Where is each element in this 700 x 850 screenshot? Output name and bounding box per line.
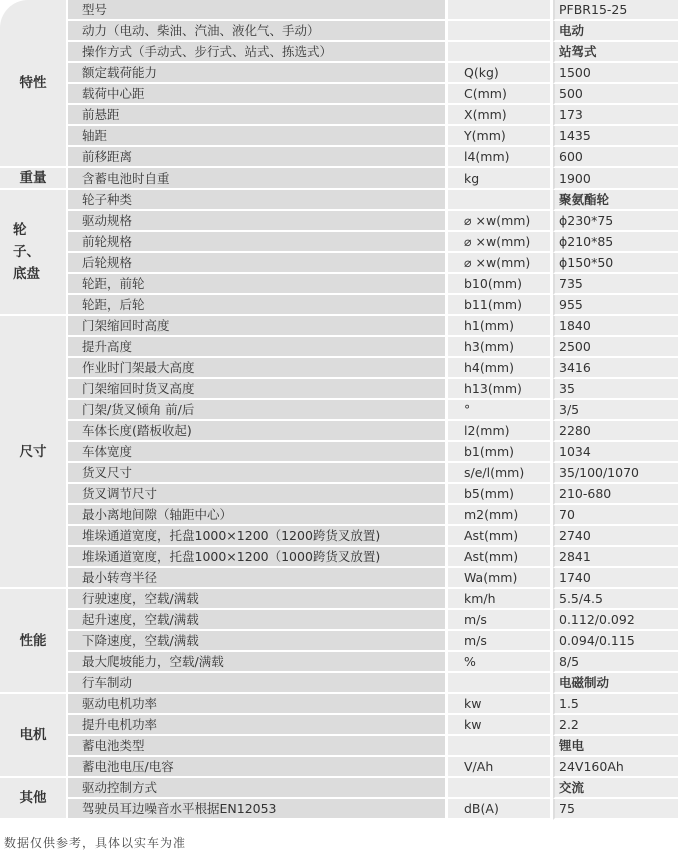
spec-value: 70	[553, 505, 678, 526]
spec-unit: Wa(mm)	[448, 568, 553, 589]
group-label-text: 重量	[20, 170, 47, 186]
spec-value: 1900	[553, 168, 678, 190]
spec-unit: kg	[448, 168, 553, 190]
spec-unit: Y(mm)	[448, 126, 553, 147]
group-label: 特性	[0, 0, 68, 168]
table-row: 轮距，前轮b10(mm)735	[0, 274, 678, 295]
spec-table-body: 特性型号PFBR15-25动力（电动、柴油、汽油、液化气、手动）电动操作方式（手…	[0, 0, 678, 820]
spec-unit: s/e/l(mm)	[448, 463, 553, 484]
spec-unit: kw	[448, 694, 553, 715]
spec-value: 2.2	[553, 715, 678, 736]
spec-value: 锂电	[553, 736, 678, 757]
spec-unit: m2(mm)	[448, 505, 553, 526]
spec-item: 轮距，前轮	[68, 274, 448, 295]
spec-item: 蓄电池电压/电容	[68, 757, 448, 778]
spec-item: 起升速度，空载/满载	[68, 610, 448, 631]
table-row: 电机驱动电机功率kw1.5	[0, 694, 678, 715]
spec-unit: m/s	[448, 610, 553, 631]
spec-unit: h3(mm)	[448, 337, 553, 358]
spec-value: 3416	[553, 358, 678, 379]
table-row: 提升高度h3(mm)2500	[0, 337, 678, 358]
group-label-text: 特性	[20, 75, 47, 91]
spec-item: 驾驶员耳边噪音水平根据EN12053	[68, 799, 448, 820]
table-row: 额定载荷能力Q(kg)1500	[0, 63, 678, 84]
spec-item: 门架缩回时货叉高度	[68, 379, 448, 400]
spec-value: 1.5	[553, 694, 678, 715]
spec-item: 最小离地间隙（轴距中心）	[68, 505, 448, 526]
spec-value: 2500	[553, 337, 678, 358]
table-row: 堆垛通道宽度，托盘1000×1200（1000跨货叉放置)Ast(mm)2841	[0, 547, 678, 568]
spec-item: 提升高度	[68, 337, 448, 358]
spec-item: 轮距，后轮	[68, 295, 448, 316]
spec-unit: X(mm)	[448, 105, 553, 126]
table-row: 特性型号PFBR15-25	[0, 0, 678, 21]
table-row: 其他驱动控制方式交流	[0, 778, 678, 799]
group-label-text: 轮子、底盘	[13, 219, 53, 285]
table-row: 最小转弯半径Wa(mm)1740	[0, 568, 678, 589]
spec-unit: b10(mm)	[448, 274, 553, 295]
table-row: 轴距Y(mm)1435	[0, 126, 678, 147]
spec-value: 35	[553, 379, 678, 400]
table-row: 门架缩回时货叉高度h13(mm)35	[0, 379, 678, 400]
spec-item: 轴距	[68, 126, 448, 147]
spec-value: 210-680	[553, 484, 678, 505]
group-label: 电机	[0, 694, 68, 778]
group-label-text: 性能	[20, 633, 47, 649]
spec-item: 行驶速度，空载/满载	[68, 589, 448, 610]
spec-value: 1435	[553, 126, 678, 147]
table-row: 动力（电动、柴油、汽油、液化气、手动）电动	[0, 21, 678, 42]
spec-value: ϕ150*50	[553, 253, 678, 274]
spec-unit: V/Ah	[448, 757, 553, 778]
table-row: 驱动规格⌀ ×w(mm)ϕ230*75	[0, 211, 678, 232]
spec-value: 站驾式	[553, 42, 678, 63]
spec-value: 0.112/0.092	[553, 610, 678, 631]
group-label: 轮子、底盘	[0, 190, 68, 316]
table-row: 前悬距X(mm)173	[0, 105, 678, 126]
spec-unit: b5(mm)	[448, 484, 553, 505]
spec-unit: b11(mm)	[448, 295, 553, 316]
spec-unit: b1(mm)	[448, 442, 553, 463]
spec-value: ϕ230*75	[553, 211, 678, 232]
spec-item: 车体宽度	[68, 442, 448, 463]
table-row: 提升电机功率kw2.2	[0, 715, 678, 736]
group-label: 尺寸	[0, 316, 68, 589]
table-row: 轮距，后轮b11(mm)955	[0, 295, 678, 316]
spec-unit: h1(mm)	[448, 316, 553, 337]
spec-unit: h13(mm)	[448, 379, 553, 400]
spec-unit: C(mm)	[448, 84, 553, 105]
spec-unit: ⌀ ×w(mm)	[448, 211, 553, 232]
spec-value: 955	[553, 295, 678, 316]
spec-item: 前轮规格	[68, 232, 448, 253]
spec-item: 最小转弯半径	[68, 568, 448, 589]
spec-unit: kw	[448, 715, 553, 736]
spec-item: 行车制动	[68, 673, 448, 694]
spec-value: 0.094/0.115	[553, 631, 678, 652]
spec-item: 型号	[68, 0, 448, 21]
spec-unit: Ast(mm)	[448, 526, 553, 547]
spec-unit: l4(mm)	[448, 147, 553, 168]
spec-item: 前移距离	[68, 147, 448, 168]
table-row: 后轮规格⌀ ×w(mm)ϕ150*50	[0, 253, 678, 274]
group-label-text: 尺寸	[20, 444, 47, 460]
table-row: 操作方式（手动式、步行式、站式、拣选式）站驾式	[0, 42, 678, 63]
table-row: 货叉调节尺寸b5(mm)210-680	[0, 484, 678, 505]
table-row: 货叉尺寸s/e/l(mm)35/100/1070	[0, 463, 678, 484]
spec-unit: ⌀ ×w(mm)	[448, 232, 553, 253]
spec-value: 35/100/1070	[553, 463, 678, 484]
spec-item: 最大爬坡能力，空载/满载	[68, 652, 448, 673]
spec-item: 驱动电机功率	[68, 694, 448, 715]
spec-value: 5.5/4.5	[553, 589, 678, 610]
spec-item: 载荷中心距	[68, 84, 448, 105]
spec-value: 600	[553, 147, 678, 168]
spec-item: 堆垛通道宽度，托盘1000×1200（1200跨货叉放置)	[68, 526, 448, 547]
table-row: 载荷中心距C(mm)500	[0, 84, 678, 105]
spec-unit: h4(mm)	[448, 358, 553, 379]
table-row: 门架/货叉倾角 前/后 °3/5	[0, 400, 678, 421]
spec-value: 2280	[553, 421, 678, 442]
spec-unit: l2(mm)	[448, 421, 553, 442]
spec-value: 173	[553, 105, 678, 126]
spec-value: 2740	[553, 526, 678, 547]
spec-item: 后轮规格	[68, 253, 448, 274]
spec-item: 提升电机功率	[68, 715, 448, 736]
footer-note: 数据仅供参考，具体以实车为准	[4, 836, 186, 850]
spec-item: 前悬距	[68, 105, 448, 126]
table-row: 作业时门架最大高度h4(mm)3416	[0, 358, 678, 379]
spec-value: 电动	[553, 21, 678, 42]
table-row: 车体长度(踏板收起)l2(mm)2280	[0, 421, 678, 442]
spec-item: 驱动规格	[68, 211, 448, 232]
table-row: 蓄电池电压/电容V/Ah24V160Ah	[0, 757, 678, 778]
table-row: 下降速度，空载/满载m/s0.094/0.115	[0, 631, 678, 652]
spec-value: 1034	[553, 442, 678, 463]
table-row: 堆垛通道宽度，托盘1000×1200（1200跨货叉放置)Ast(mm)2740	[0, 526, 678, 547]
spec-value: PFBR15-25	[553, 0, 678, 21]
spec-item: 堆垛通道宽度，托盘1000×1200（1000跨货叉放置)	[68, 547, 448, 568]
table-row: 行车制动电磁制动	[0, 673, 678, 694]
spec-unit: Q(kg)	[448, 63, 553, 84]
spec-unit: ⌀ ×w(mm)	[448, 253, 553, 274]
group-label: 性能	[0, 589, 68, 694]
spec-value: ϕ210*85	[553, 232, 678, 253]
spec-item: 操作方式（手动式、步行式、站式、拣选式）	[68, 42, 448, 63]
table-row: 起升速度，空载/满载m/s0.112/0.092	[0, 610, 678, 631]
spec-unit	[448, 190, 553, 211]
spec-value: 1740	[553, 568, 678, 589]
spec-value: 735	[553, 274, 678, 295]
spec-item: 下降速度，空载/满载	[68, 631, 448, 652]
table-row: 前移距离l4(mm)600	[0, 147, 678, 168]
spec-unit	[448, 736, 553, 757]
spec-value: 2841	[553, 547, 678, 568]
spec-item: 驱动控制方式	[68, 778, 448, 799]
table-row: 性能行驶速度，空载/满载km/h5.5/4.5	[0, 589, 678, 610]
spec-value: 电磁制动	[553, 673, 678, 694]
spec-unit: Ast(mm)	[448, 547, 553, 568]
spec-value: 1840	[553, 316, 678, 337]
spec-value: 1500	[553, 63, 678, 84]
spec-item: 车体长度(踏板收起)	[68, 421, 448, 442]
spec-item: 含蓄电池时自重	[68, 168, 448, 190]
spec-item: 货叉调节尺寸	[68, 484, 448, 505]
spec-unit	[448, 42, 553, 63]
spec-unit: m/s	[448, 631, 553, 652]
spec-item: 门架/货叉倾角 前/后	[68, 400, 448, 421]
spec-item: 门架缩回时高度	[68, 316, 448, 337]
table-row: 蓄电池类型锂电	[0, 736, 678, 757]
spec-item: 货叉尺寸	[68, 463, 448, 484]
group-label: 其他	[0, 778, 68, 820]
spec-value: 聚氨酯轮	[553, 190, 678, 211]
spec-unit	[448, 673, 553, 694]
spec-unit: km/h	[448, 589, 553, 610]
spec-value: 75	[553, 799, 678, 820]
table-row: 重量含蓄电池时自重kg1900	[0, 168, 678, 190]
table-row: 车体宽度b1(mm)1034	[0, 442, 678, 463]
spec-unit	[448, 21, 553, 42]
spec-value: 3/5	[553, 400, 678, 421]
spec-value: 交流	[553, 778, 678, 799]
spec-item: 轮子种类	[68, 190, 448, 211]
spec-value: 24V160Ah	[553, 757, 678, 778]
spec-unit: °	[448, 400, 553, 421]
spec-unit	[448, 778, 553, 799]
table-row: 最小离地间隙（轴距中心）m2(mm)70	[0, 505, 678, 526]
group-label-text: 电机	[20, 727, 47, 743]
spec-unit: dB(A)	[448, 799, 553, 820]
table-row: 前轮规格⌀ ×w(mm)ϕ210*85	[0, 232, 678, 253]
table-row: 尺寸门架缩回时高度h1(mm)1840	[0, 316, 678, 337]
spec-unit	[448, 0, 553, 21]
table-row: 轮子、底盘轮子种类聚氨酯轮	[0, 190, 678, 211]
spec-item: 动力（电动、柴油、汽油、液化气、手动）	[68, 21, 448, 42]
group-label-text: 其他	[20, 790, 47, 806]
table-row: 最大爬坡能力，空载/满载%8/5	[0, 652, 678, 673]
spec-item: 作业时门架最大高度	[68, 358, 448, 379]
spec-value: 8/5	[553, 652, 678, 673]
spec-item: 额定载荷能力	[68, 63, 448, 84]
spec-unit: %	[448, 652, 553, 673]
spec-table: 特性型号PFBR15-25动力（电动、柴油、汽油、液化气、手动）电动操作方式（手…	[0, 0, 678, 820]
table-row: 驾驶员耳边噪音水平根据EN12053dB(A)75	[0, 799, 678, 820]
spec-item: 蓄电池类型	[68, 736, 448, 757]
spec-value: 500	[553, 84, 678, 105]
group-label: 重量	[0, 168, 68, 190]
